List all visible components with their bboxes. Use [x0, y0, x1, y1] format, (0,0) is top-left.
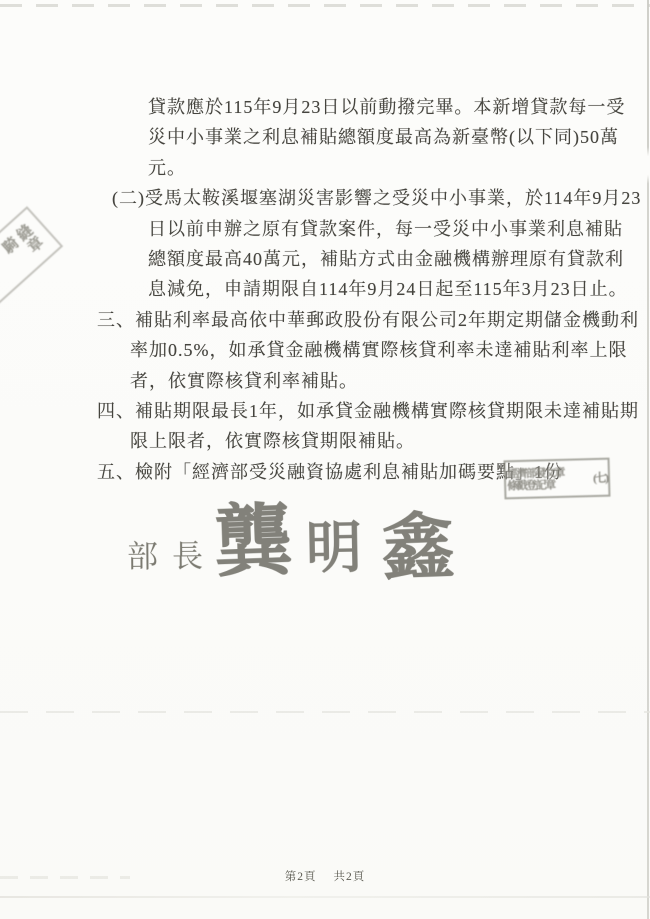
text-line-4: (二)受馬太鞍溪堰塞湖災害影響之受災中小事業，於114年9月23 — [112, 184, 641, 210]
page-number: 第2頁 — [285, 868, 317, 884]
signature-name-char: 龔 — [213, 502, 294, 583]
text-line-10: 者，依實際核貸利率補貼。 — [130, 367, 358, 393]
text-line-13: 五、檢附「經濟部受災融資協處利息補貼加碼要點」1份 — [97, 458, 563, 484]
signature-name-char: 鑫 — [381, 511, 455, 585]
text-line-9: 率加0.5%，如承貸金融機構實際核貸利率未達補貼利率上限 — [130, 336, 628, 362]
minister-title: 部長 — [127, 531, 217, 577]
registry-seal-stamp: 經濟部發文章 條戳登記章 (七) — [504, 458, 611, 500]
page-total: 共2頁 — [334, 868, 366, 884]
text-line-1: 貸款應於115年9月23日以前動撥完畢。本新增貸款每一受 — [148, 93, 625, 119]
text-line-3: 元。 — [148, 154, 186, 180]
text-line-7: 息減免，申請期限自114年9月24日起至115年3月23日止。 — [148, 275, 628, 301]
page-footer: 第2頁 共2頁 — [0, 868, 650, 884]
text-line-12: 限上限者，依實際核貸期限補貼。 — [130, 427, 415, 453]
signature-name-char: 明 — [306, 521, 363, 578]
scanned-document-page: 騎縫 章 貸款應於115年9月23日以前動撥完畢。本新增貸款每一受災中小事業之利… — [0, 0, 650, 919]
text-line-8: 三、補貼利率最高依中華郵政股份有限公司2年期定期儲金機動利 — [97, 306, 639, 332]
text-line-2: 災中小事業之利息補貼總額度最高為新臺幣(以下同)50萬 — [148, 123, 619, 149]
text-line-11: 四、補貼期限最長1年，如承貸金融機構實際核貸期限未達補貼期 — [97, 397, 639, 423]
text-line-5: 日以前申辦之原有貸款案件，每一受災中小事業利息補貼 — [148, 215, 623, 241]
registry-seal-suffix: (七) — [593, 469, 608, 486]
registry-seal-text: 條戳登記章 — [507, 478, 593, 492]
text-line-6: 總額度最高40萬元，補貼方式由金融機構辦理原有貸款利 — [148, 245, 624, 271]
registry-seal-rows: 經濟部發文章 條戳登記章 — [506, 466, 594, 492]
